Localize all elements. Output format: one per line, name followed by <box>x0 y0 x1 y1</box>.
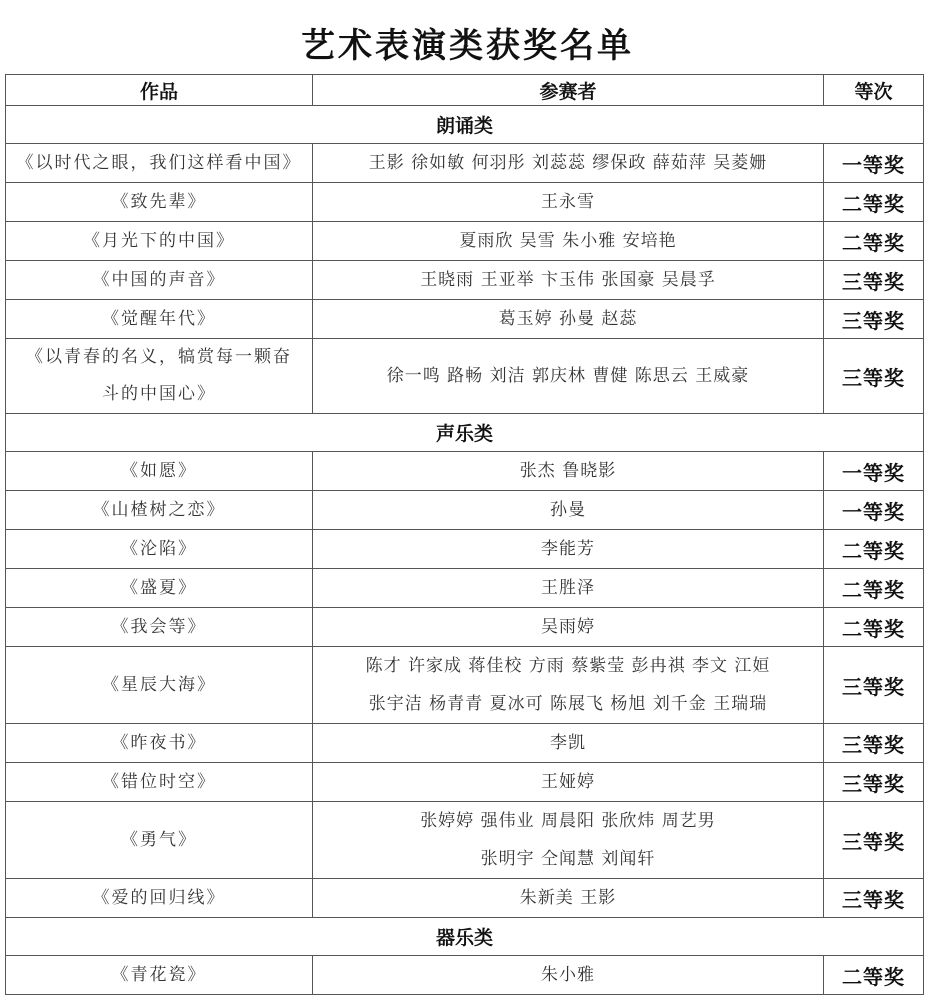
table-row: 《爱的回归线》 朱新美 王影 三等奖 <box>6 879 924 918</box>
work-title: 《沦陷》 <box>6 530 313 569</box>
participants: 王影 徐如敏 何羽彤 刘蕊蕊 缪保政 薛茹萍 吴菱姗 <box>313 144 824 183</box>
work-title: 《月光下的中国》 <box>6 222 313 261</box>
participants-line: 张宇洁 杨青青 夏冰可 陈展飞 杨旭 刘千金 王瑞瑞 <box>319 685 817 723</box>
table-row: 《山楂树之恋》 孙曼 一等奖 <box>6 491 924 530</box>
participants: 王晓雨 王亚举 卞玉伟 张国豪 吴晨孚 <box>313 261 824 300</box>
table-row: 《沦陷》 李能芳 二等奖 <box>6 530 924 569</box>
grade: 二等奖 <box>824 956 924 995</box>
grade: 二等奖 <box>824 222 924 261</box>
category-vocal: 声乐类 <box>6 414 924 452</box>
grade: 三等奖 <box>824 802 924 879</box>
page-title: 艺术表演类获奖名单 <box>0 18 935 67</box>
work-title: 《昨夜书》 <box>6 724 313 763</box>
work-title: 《勇气》 <box>6 802 313 879</box>
table-row: 《中国的声音》 王晓雨 王亚举 卞玉伟 张国豪 吴晨孚 三等奖 <box>6 261 924 300</box>
grade: 三等奖 <box>824 339 924 414</box>
table-row: 《以青春的名义，犒赏每一颗奋 斗的中国心》 徐一鸣 路畅 刘洁 郭庆林 曹健 陈… <box>6 339 924 414</box>
work-title-line: 斗的中国心》 <box>12 376 306 413</box>
table-row: 《以时代之眼，我们这样看中国》 王影 徐如敏 何羽彤 刘蕊蕊 缪保政 薛茹萍 吴… <box>6 144 924 183</box>
category-recitation: 朗诵类 <box>6 106 924 144</box>
table-row: 《青花瓷》 朱小雅 二等奖 <box>6 956 924 995</box>
table-row: 《星辰大海》 陈才 许家成 蒋佳校 方雨 蔡紫莹 彭冉祺 李文 江姮 张宇洁 杨… <box>6 647 924 724</box>
participants: 王永雪 <box>313 183 824 222</box>
participants: 李凯 <box>313 724 824 763</box>
table-row: 《盛夏》 王胜泽 二等奖 <box>6 569 924 608</box>
grade: 二等奖 <box>824 530 924 569</box>
category-row: 朗诵类 <box>6 106 924 144</box>
grade: 二等奖 <box>824 608 924 647</box>
work-title: 《中国的声音》 <box>6 261 313 300</box>
grade: 三等奖 <box>824 879 924 918</box>
participants: 孙曼 <box>313 491 824 530</box>
work-title: 《我会等》 <box>6 608 313 647</box>
participants: 吴雨婷 <box>313 608 824 647</box>
table-row: 《如愿》 张杰 鲁晓影 一等奖 <box>6 452 924 491</box>
header-grade: 等次 <box>824 75 924 106</box>
work-title: 《山楂树之恋》 <box>6 491 313 530</box>
work-title: 《如愿》 <box>6 452 313 491</box>
table-row: 《我会等》 吴雨婷 二等奖 <box>6 608 924 647</box>
work-title: 《青花瓷》 <box>6 956 313 995</box>
header-participants: 参赛者 <box>313 75 824 106</box>
work-title: 《觉醒年代》 <box>6 300 313 339</box>
work-title: 《盛夏》 <box>6 569 313 608</box>
category-row: 声乐类 <box>6 414 924 452</box>
work-title: 《爱的回归线》 <box>6 879 313 918</box>
participants-line: 张明宇 仝闻慧 刘闻轩 <box>319 840 817 878</box>
work-title-line: 《以青春的名义，犒赏每一颗奋 <box>12 339 306 376</box>
participants: 李能芳 <box>313 530 824 569</box>
participants: 王娅婷 <box>313 763 824 802</box>
grade: 三等奖 <box>824 647 924 724</box>
participants: 徐一鸣 路畅 刘洁 郭庆林 曹健 陈思云 王威豪 <box>313 339 824 414</box>
header-row: 作品 参赛者 等次 <box>6 75 924 106</box>
table-row: 《月光下的中国》 夏雨欣 吴雪 朱小雅 安培艳 二等奖 <box>6 222 924 261</box>
grade: 三等奖 <box>824 724 924 763</box>
category-row: 器乐类 <box>6 918 924 956</box>
participants: 张杰 鲁晓影 <box>313 452 824 491</box>
participants: 张婷婷 强伟业 周晨阳 张欣炜 周艺男 张明宇 仝闻慧 刘闻轩 <box>313 802 824 879</box>
awards-table: 作品 参赛者 等次 朗诵类 《以时代之眼，我们这样看中国》 王影 徐如敏 何羽彤… <box>5 74 924 995</box>
work-title: 《以时代之眼，我们这样看中国》 <box>6 144 313 183</box>
table-row: 《错位时空》 王娅婷 三等奖 <box>6 763 924 802</box>
participants: 朱新美 王影 <box>313 879 824 918</box>
header-work: 作品 <box>6 75 313 106</box>
grade: 一等奖 <box>824 144 924 183</box>
table-row: 《觉醒年代》 葛玉婷 孙曼 赵蕊 三等奖 <box>6 300 924 339</box>
participants: 葛玉婷 孙曼 赵蕊 <box>313 300 824 339</box>
grade: 三等奖 <box>824 300 924 339</box>
participants: 陈才 许家成 蒋佳校 方雨 蔡紫莹 彭冉祺 李文 江姮 张宇洁 杨青青 夏冰可 … <box>313 647 824 724</box>
work-title: 《以青春的名义，犒赏每一颗奋 斗的中国心》 <box>6 339 313 414</box>
participants-line: 张婷婷 强伟业 周晨阳 张欣炜 周艺男 <box>319 802 817 840</box>
grade: 三等奖 <box>824 261 924 300</box>
table-row: 《勇气》 张婷婷 强伟业 周晨阳 张欣炜 周艺男 张明宇 仝闻慧 刘闻轩 三等奖 <box>6 802 924 879</box>
grade: 三等奖 <box>824 763 924 802</box>
work-title: 《星辰大海》 <box>6 647 313 724</box>
work-title: 《致先辈》 <box>6 183 313 222</box>
participants-line: 陈才 许家成 蒋佳校 方雨 蔡紫莹 彭冉祺 李文 江姮 <box>319 647 817 685</box>
participants: 夏雨欣 吴雪 朱小雅 安培艳 <box>313 222 824 261</box>
grade: 二等奖 <box>824 569 924 608</box>
grade: 二等奖 <box>824 183 924 222</box>
grade: 一等奖 <box>824 491 924 530</box>
work-title: 《错位时空》 <box>6 763 313 802</box>
table-row: 《昨夜书》 李凯 三等奖 <box>6 724 924 763</box>
participants: 王胜泽 <box>313 569 824 608</box>
participants: 朱小雅 <box>313 956 824 995</box>
grade: 一等奖 <box>824 452 924 491</box>
category-instrumental: 器乐类 <box>6 918 924 956</box>
table-row: 《致先辈》 王永雪 二等奖 <box>6 183 924 222</box>
